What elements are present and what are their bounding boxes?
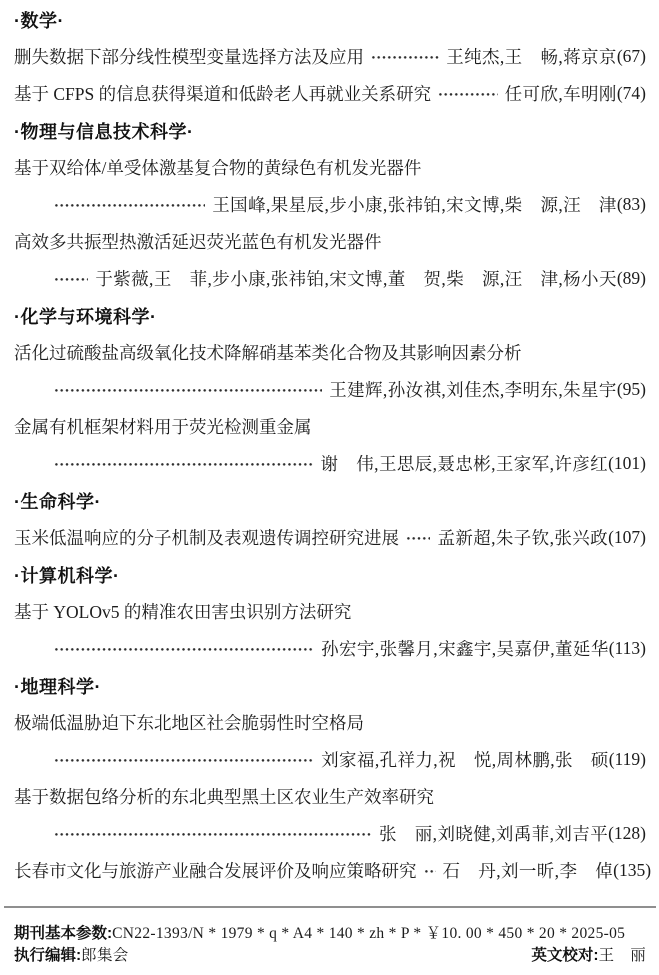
toc-entry-title-line: 极端低温胁迫下东北地区社会脆弱性时空格局 xyxy=(14,704,646,741)
toc-entry: 基于 CFPS 的信息获得渠道和低龄老人再就业关系研究 任可欣,车明刚 (74) xyxy=(14,75,646,112)
dot-leader xyxy=(54,388,322,393)
toc-entry: 玉米低温响应的分子机制及表观遗传调控研究进展 孟新超,朱子钦,张兴政 (107) xyxy=(14,519,646,556)
page-number: (95) xyxy=(617,379,646,400)
executive-editor: 执行编辑:郎集会 xyxy=(14,945,129,966)
section-header-life-science: ·生命科学· xyxy=(14,482,646,519)
dot-leader xyxy=(424,869,436,874)
page-number: (113) xyxy=(609,638,646,659)
executive-editor-name: 郎集会 xyxy=(81,947,128,964)
toc-entry-title-line: 基于双给体/单受体激基复合物的黄绿色有机发光器件 xyxy=(14,149,646,186)
section-header-chemistry-env: ·化学与环境科学· xyxy=(14,297,646,334)
article-title: 高效多共振型热激活延迟荧光蓝色有机发光器件 xyxy=(14,229,382,254)
dot-leader xyxy=(54,203,205,208)
article-authors: 王建辉,孙汝祺,刘佳杰,李明东,朱星宇 xyxy=(329,377,617,402)
article-authors: 于紫薇,王 菲,步小康,张祎铂,宋文博,董 贺,柴 源,汪 津,杨小天 xyxy=(95,266,617,291)
separator-line xyxy=(4,906,656,908)
dot-leader xyxy=(54,462,313,467)
toc-entry-title-line: 高效多共振型热激活延迟荧光蓝色有机发光器件 xyxy=(14,223,646,260)
toc-entry-author-line: 张 丽,刘晓健,刘禹菲,刘吉平 (128) xyxy=(14,815,646,852)
article-title: 删失数据下部分线性模型变量选择方法及应用 xyxy=(14,44,364,69)
footer: 期刊基本参数:CN22-1393/N * 1979 * q * A4 * 140… xyxy=(14,923,646,966)
article-title: 基于 YOLOv5 的精准农田害虫识别方法研究 xyxy=(14,599,351,624)
english-proofreader-name: 王 丽 xyxy=(599,947,646,964)
toc-entry-author-line: 王建辉,孙汝祺,刘佳杰,李明东,朱星宇 (95) xyxy=(14,371,646,408)
section-header-physics-it: ·物理与信息技术科学· xyxy=(14,112,646,149)
section-header-label: ·生命科学· xyxy=(14,488,101,514)
article-authors: 张 丽,刘晓健,刘禹菲,刘吉平 xyxy=(379,821,608,846)
article-title: 极端低温胁迫下东北地区社会脆弱性时空格局 xyxy=(14,710,364,735)
journal-parameters-value: CN22-1393/N * 1979 * q * A4 * 140 * zh *… xyxy=(112,925,625,942)
article-title: 金属有机框架材料用于荧光检测重金属 xyxy=(14,414,312,439)
section-header-geography: ·地理科学· xyxy=(14,667,646,704)
section-header-computer-science: ·计算机科学· xyxy=(14,556,646,593)
article-authors: 孙宏宇,张馨月,宋鑫宇,吴嘉伊,董延华 xyxy=(321,636,609,661)
toc-entry-title-line: 活化过硫酸盐高级氧化技术降解硝基苯类化合物及其影响因素分析 xyxy=(14,334,646,371)
article-authors: 石 丹,刘一昕,李 倬 xyxy=(443,858,614,883)
page-number: (74) xyxy=(617,83,646,104)
section-header-label: ·数学· xyxy=(14,7,64,33)
article-title: 基于数据包络分析的东北典型黑土区农业生产效率研究 xyxy=(14,784,434,809)
dot-leader xyxy=(54,647,314,652)
english-proofreader: 英文校对:王 丽 xyxy=(531,945,646,966)
dot-leader xyxy=(54,758,314,763)
page-number: (107) xyxy=(608,527,646,548)
page-number: (135) xyxy=(613,860,651,881)
toc-entry-title-line: 基于 YOLOv5 的精准农田害虫识别方法研究 xyxy=(14,593,646,630)
article-authors: 王纯杰,王 畅,蒋京京 xyxy=(446,44,617,69)
toc-entry-author-line: 谢 伟,王思辰,聂忠彬,王家军,许彦红 (101) xyxy=(14,445,646,482)
english-proofreader-label: 英文校对: xyxy=(531,947,598,964)
editors-line: 执行编辑:郎集会 英文校对:王 丽 xyxy=(14,945,646,966)
page-number: (83) xyxy=(617,194,646,215)
executive-editor-label: 执行编辑: xyxy=(14,947,81,964)
journal-parameters-line: 期刊基本参数:CN22-1393/N * 1979 * q * A4 * 140… xyxy=(14,923,646,944)
journal-parameters-label: 期刊基本参数: xyxy=(14,925,112,942)
toc-entry: 长春市文化与旅游产业融合发展评价及响应策略研究 石 丹,刘一昕,李 倬 (135… xyxy=(14,852,646,889)
article-authors: 刘家福,孔祥力,祝 悦,周林鹏,张 硕 xyxy=(321,747,609,772)
toc-entry-author-line: 于紫薇,王 菲,步小康,张祎铂,宋文博,董 贺,柴 源,汪 津,杨小天 (89) xyxy=(14,260,646,297)
article-authors: 孟新超,朱子钦,张兴政 xyxy=(437,525,608,550)
toc-entry-author-line: 刘家福,孔祥力,祝 悦,周林鹏,张 硕 (119) xyxy=(14,741,646,778)
page-number: (119) xyxy=(609,749,646,770)
article-authors: 谢 伟,王思辰,聂忠彬,王家军,许彦红 xyxy=(320,451,608,476)
toc-entry-title-line: 金属有机框架材料用于荧光检测重金属 xyxy=(14,408,646,445)
page-number: (89) xyxy=(617,268,646,289)
page-number: (128) xyxy=(608,823,646,844)
section-header-label: ·物理与信息技术科学· xyxy=(14,118,194,144)
toc-entry-author-line: 孙宏宇,张馨月,宋鑫宇,吴嘉伊,董延华 (113) xyxy=(14,630,646,667)
article-title: 玉米低温响应的分子机制及表观遗传调控研究进展 xyxy=(14,525,399,550)
page-number: (67) xyxy=(617,46,646,67)
section-header-label: ·计算机科学· xyxy=(14,562,120,588)
dot-leader xyxy=(438,92,498,97)
toc-entry: 删失数据下部分线性模型变量选择方法及应用 王纯杰,王 畅,蒋京京 (67) xyxy=(14,38,646,75)
section-header-label: ·地理科学· xyxy=(14,673,101,699)
article-title: 基于 CFPS 的信息获得渠道和低龄老人再就业关系研究 xyxy=(14,81,431,106)
dot-leader xyxy=(54,277,88,282)
article-title: 长春市文化与旅游产业融合发展评价及响应策略研究 xyxy=(14,858,417,883)
article-title: 活化过硫酸盐高级氧化技术降解硝基苯类化合物及其影响因素分析 xyxy=(14,340,522,365)
journal-toc-page: ·数学· 删失数据下部分线性模型变量选择方法及应用 王纯杰,王 畅,蒋京京 (6… xyxy=(0,0,659,975)
toc-entry-title-line: 基于数据包络分析的东北典型黑土区农业生产效率研究 xyxy=(14,778,646,815)
toc-entry-author-line: 王国峰,果星辰,步小康,张祎铂,宋文博,柴 源,汪 津 (83) xyxy=(14,186,646,223)
dot-leader xyxy=(371,55,439,60)
dot-leader xyxy=(406,536,430,541)
article-authors: 王国峰,果星辰,步小康,张祎铂,宋文博,柴 源,汪 津 xyxy=(212,192,617,217)
dot-leader xyxy=(54,832,372,837)
section-header-label: ·化学与环境科学· xyxy=(14,303,157,329)
article-title: 基于双给体/单受体激基复合物的黄绿色有机发光器件 xyxy=(14,155,421,180)
section-header-math: ·数学· xyxy=(14,1,646,38)
article-authors: 任可欣,车明刚 xyxy=(505,81,617,106)
page-number: (101) xyxy=(608,453,646,474)
